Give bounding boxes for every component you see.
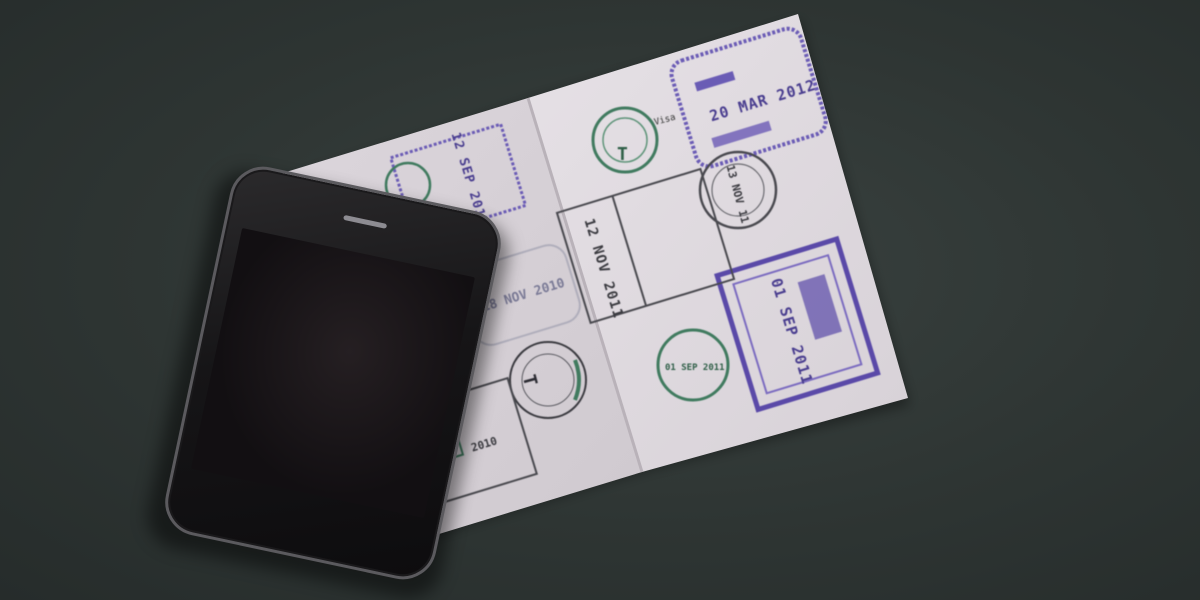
phone-speaker [343,215,387,229]
phone-screen [191,228,475,518]
photo-scene: 20 MAR 2012 01 SEP 2011 12 NOV 2011 [0,0,1200,600]
svg-text:01 SEP 2011: 01 SEP 2011 [665,363,725,373]
svg-text:T: T [617,144,628,165]
